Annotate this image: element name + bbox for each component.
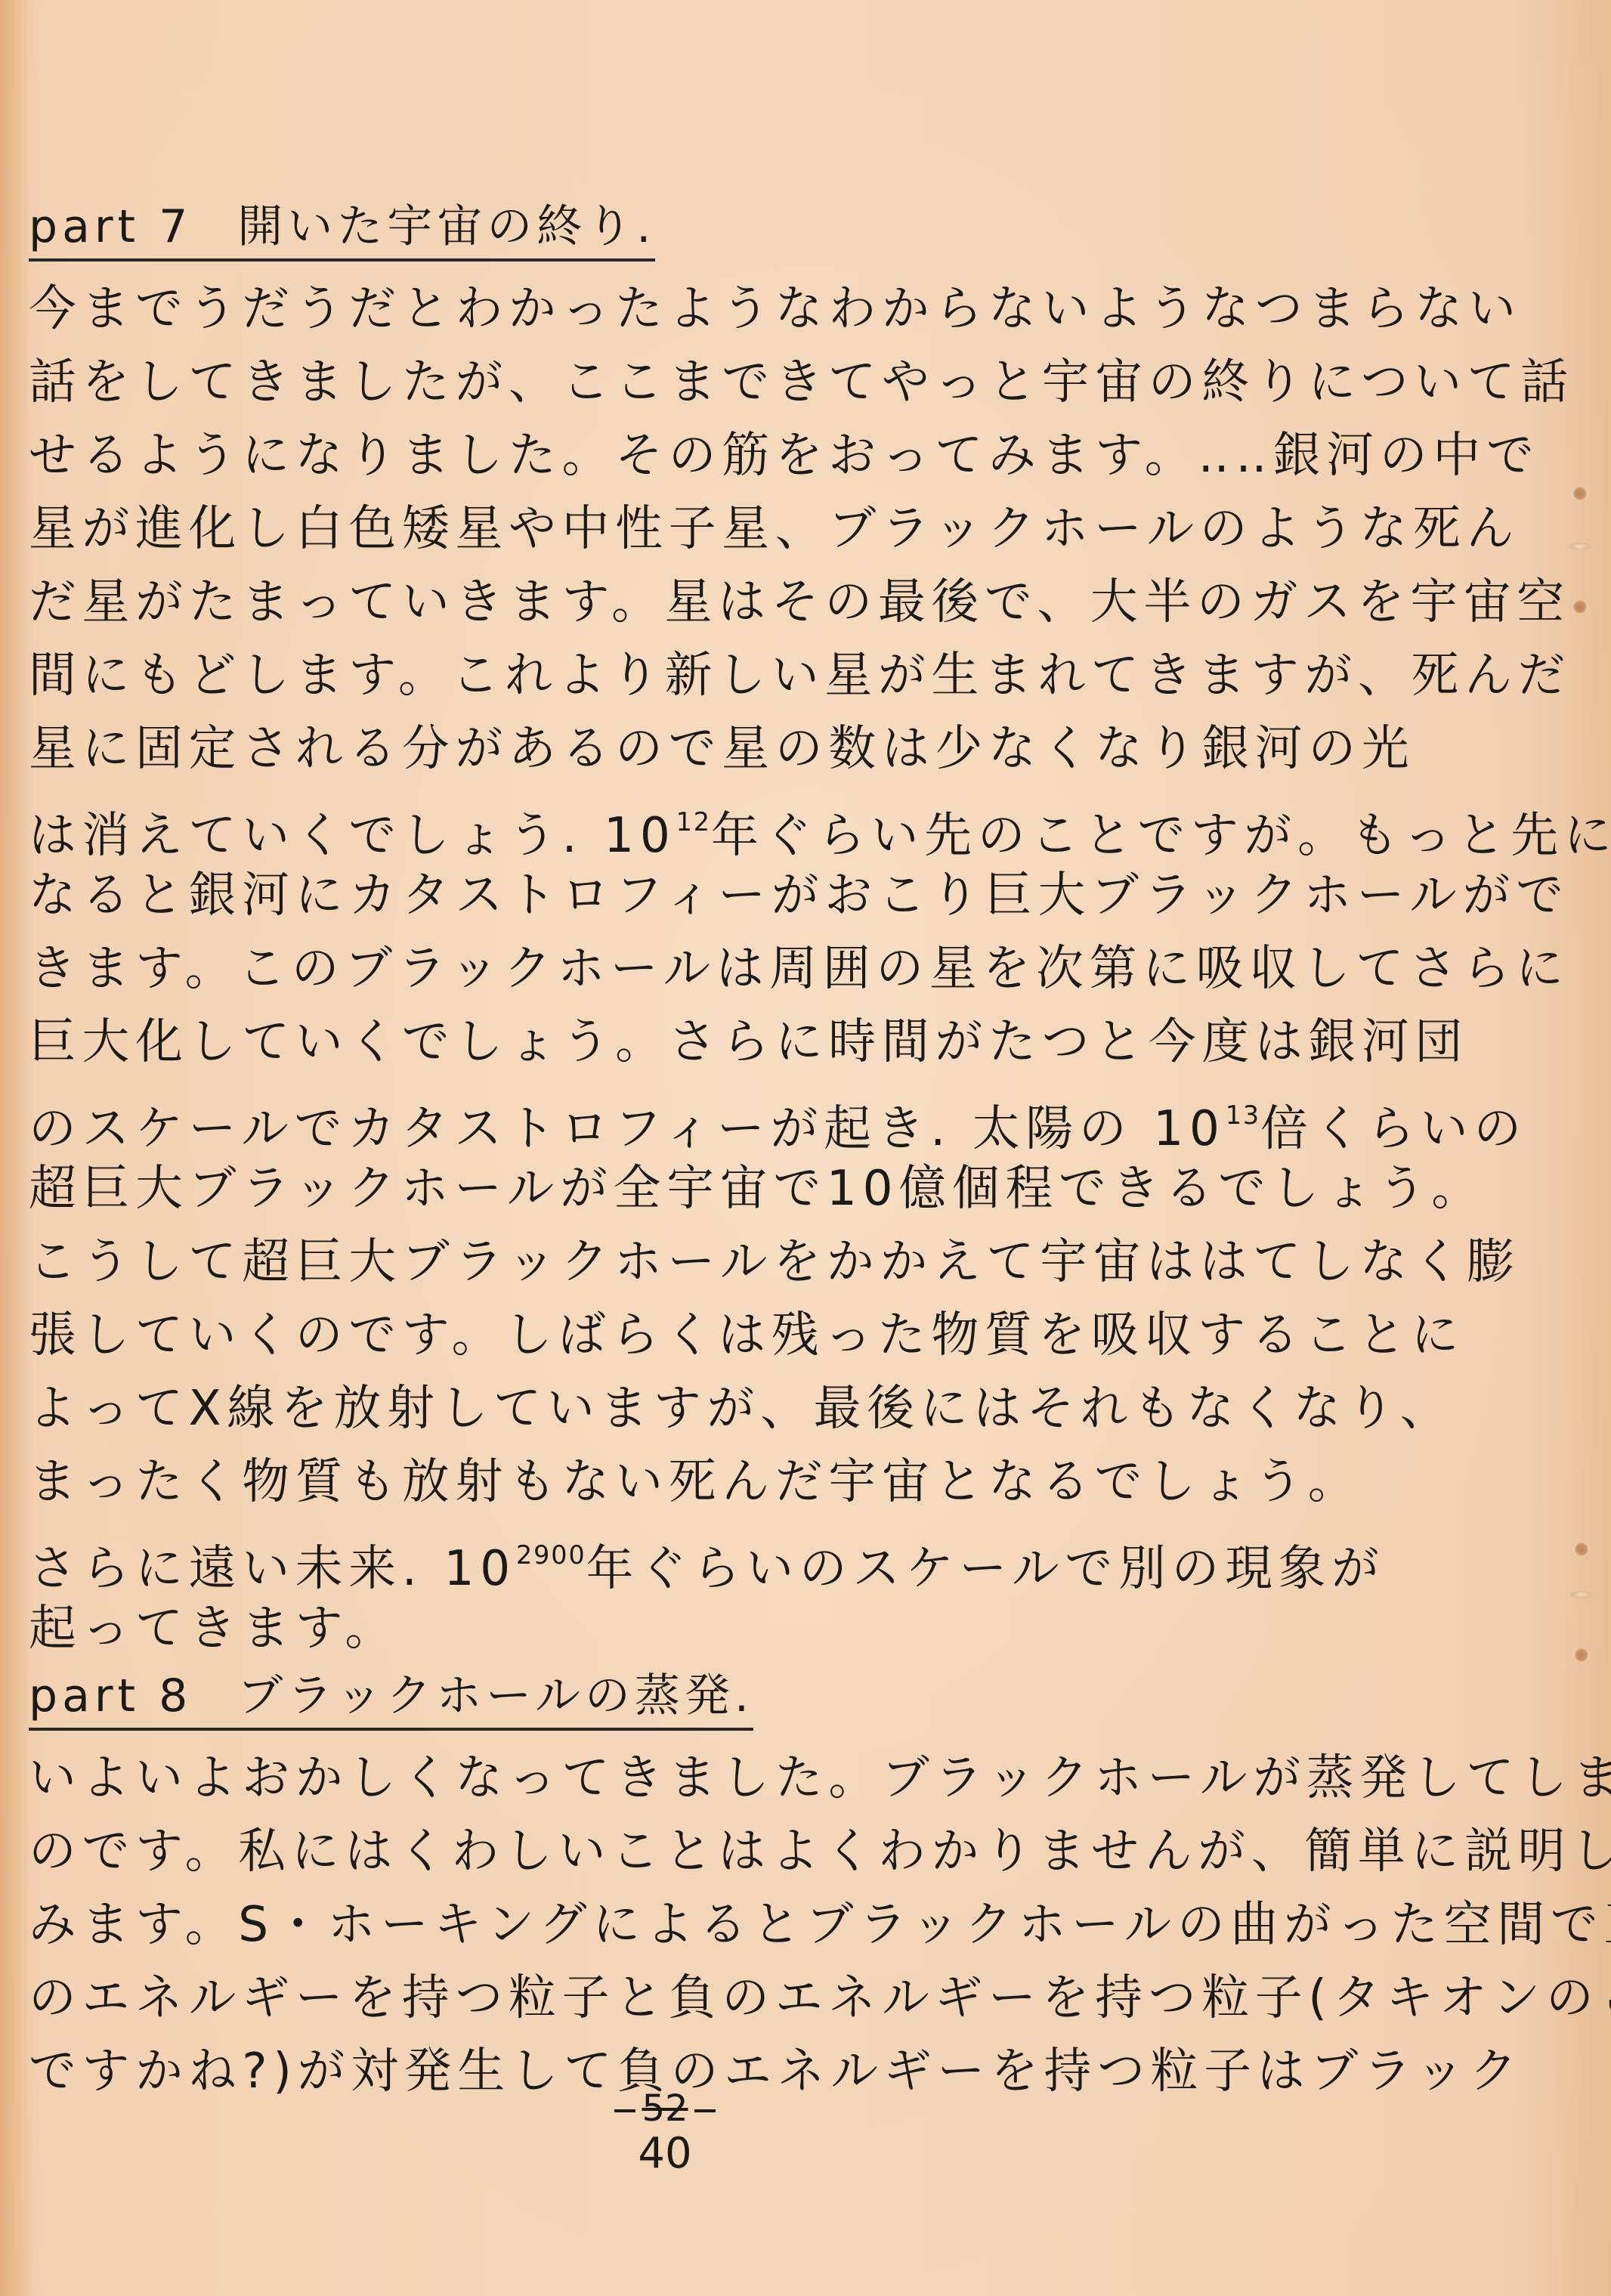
text-segment: 年ぐらい先のことですが。もっと先に xyxy=(711,808,1611,864)
section-title: 開いた宇宙の終り. xyxy=(237,200,655,253)
text-line: 間にもどします。これより新しい星が生まれてきますが、死んだ xyxy=(29,639,1332,713)
text-line: みます。S・ホーキングによるとブラックホールの曲がった空間で正 xyxy=(29,1889,1332,1962)
text-line: こうして超巨大ブラックホールをかかえて宇宙ははてしなく膨 xyxy=(29,1226,1332,1299)
text-line: 星が進化し白色矮星や中性子星、ブラックホールのような死ん xyxy=(29,493,1332,566)
text-line: 今までうだうだとわかったようなわからないようなつまらない xyxy=(29,273,1332,346)
text-line: 起ってきます。 xyxy=(29,1592,1332,1666)
text-line: きます。このブラックホールは周囲の星を次第に吸収してさらに xyxy=(29,933,1332,1006)
text-segment: さらに遠い未来. 10 xyxy=(29,1541,516,1597)
text-line: のです。私にはくわしいことはよくわかりませんが、簡単に説明して xyxy=(29,1815,1332,1889)
text-line: よってX線を放射していますが、最後にはそれもなくなり、 xyxy=(29,1372,1332,1446)
binding-hole xyxy=(1572,599,1588,614)
part-label: part 8 xyxy=(29,1669,192,1722)
text-line: なると銀河にカタストロフィーがおこり巨大ブラックホールがで xyxy=(29,859,1332,933)
text-line: のエネルギーを持つ粒子と負のエネルギーを持つ粒子(タキオンのこと xyxy=(29,1962,1332,2035)
text-segment: のスケールでカタストロフィーが起き. 太陽の 10 xyxy=(29,1101,1226,1157)
binding-dent xyxy=(1570,1591,1593,1598)
text-line: 張していくのです。しばらくは残った物質を吸収することに xyxy=(29,1299,1332,1372)
text-line-with-exponent: は消えていくでしょう. 1012年ぐらい先のことですが。もっと先に xyxy=(29,786,1332,859)
text-segment: 倍くらいの xyxy=(1260,1101,1527,1157)
text-line-with-exponent: のスケールでカタストロフィーが起き. 太陽の 1013倍くらいの xyxy=(29,1079,1332,1153)
exponent: 2900 xyxy=(516,1540,586,1570)
text-line: だ星がたまっていきます。星はその最後で、大半のガスを宇宙空 xyxy=(29,566,1332,639)
text-line: 超巨大ブラックホールが全宇宙で10億個程できるでしょう。 xyxy=(29,1153,1332,1226)
binding-hole xyxy=(1573,1542,1590,1557)
text-line: 巨大化していくでしょう。さらに時間がたつと今度は銀河団 xyxy=(29,1006,1332,1079)
section-title: ブラックホールの蒸発. xyxy=(237,1669,753,1722)
binding-dent xyxy=(1569,543,1591,550)
manuscript-body: part 7開いた宇宙の終り. 今までうだうだとわかったようなわからないようなつ… xyxy=(29,196,1359,2109)
text-line: いよいよおかしくなってきました。ブラックホールが蒸発してしまうという xyxy=(29,1742,1332,1815)
exponent: 12 xyxy=(676,807,711,837)
page-number: 40 xyxy=(597,2131,733,2177)
text-line: 星に固定される分があるので星の数は少なくなり銀河の光 xyxy=(29,713,1332,786)
text-line: 話をしてきましたが、ここまできてやっと宇宙の終りについて話 xyxy=(29,346,1332,419)
text-line-with-exponent: さらに遠い未来. 102900年ぐらいのスケールで別の現象が xyxy=(29,1519,1332,1592)
struck-page-number: 52 xyxy=(597,2086,733,2131)
binding-hole xyxy=(1572,486,1588,501)
text-segment: 年ぐらいのスケールで別の現象が xyxy=(586,1541,1385,1597)
section-heading-part-7: part 7開いた宇宙の終り. xyxy=(29,196,655,261)
binding-hole xyxy=(1573,1648,1590,1663)
part-label: part 7 xyxy=(29,200,192,253)
section-heading-part-8: part 8ブラックホールの蒸発. xyxy=(29,1666,753,1731)
text-segment: は消えていくでしょう. 10 xyxy=(29,808,676,864)
exponent: 13 xyxy=(1226,1100,1260,1131)
page-number-block: 52 40 xyxy=(597,2086,733,2177)
text-line: まったく物質も放射もない死んだ宇宙となるでしょう。 xyxy=(29,1446,1332,1519)
text-line: せるようになりました。その筋をおってみます。‥‥銀河の中で xyxy=(29,419,1332,493)
